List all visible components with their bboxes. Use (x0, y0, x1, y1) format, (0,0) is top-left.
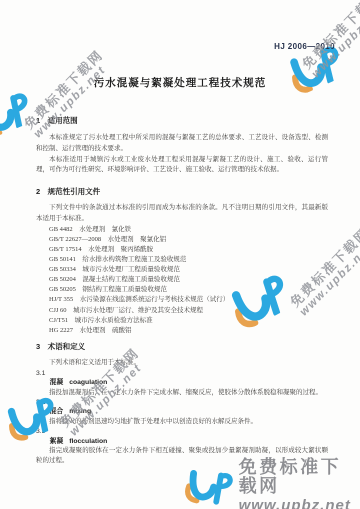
paragraph: 下列术语和定义适用于本标准。 (36, 358, 328, 369)
reference-item: GB/T 17514 水处理剂 聚丙烯酰胺 (49, 245, 328, 255)
paragraph: 下列文件中的条款通过本标准的引用而成为本标准的条款。凡不注明日期的引用文件，其最… (36, 203, 328, 225)
term-block: 3.3 絮凝flocculation 指完成凝聚的胶体在一定水力条件下相互碰撞、… (36, 427, 328, 466)
term-number: 3.3 (36, 427, 328, 437)
reference-item: GB 50205 钢结构工程施工质量验收规范 (49, 285, 328, 295)
term-en: coagulation (69, 379, 107, 386)
term-block: 3.2 混合mixing 指将投入的药剂迅速均匀地扩散于处理水中以创造良好的水解… (36, 398, 328, 427)
term-name: 混凝coagulation (50, 378, 328, 388)
term-definition: 指投加混凝剂后，在一定水力条件下完成水解、缩聚反应，使胶体分散体系脱稳和凝聚的过… (36, 388, 328, 398)
document-page: 免费标准下载网 www.upbz.net 免费标准下载网 www.upbz.ne… (0, 0, 360, 509)
watermark-tile-top-right: 免费标准下载网 www.upbz.net (300, 0, 360, 81)
term-definition: 指完成凝聚的胶体在一定水力条件下相互碰撞、聚集或投加少量絮凝剂助凝，以形成较大絮… (36, 446, 328, 466)
watermark-site-name: 免费标准下载网 (300, 0, 360, 72)
up-logo-icon (181, 465, 234, 507)
term-en: flocculation (69, 438, 107, 445)
doc-number: HJ 2006—2010 (274, 42, 335, 51)
page-number: 1 (314, 462, 318, 470)
up-logo-icon (0, 87, 37, 141)
term-name: 混合mixing (50, 407, 328, 417)
term-zh: 混合 (50, 408, 64, 415)
section-heading-scope: 1 适用范围 (36, 116, 328, 125)
reference-item: GB/T 22627—2008 水处理剂 聚氯化铝 (49, 235, 328, 245)
reference-item: CJ/T51 城市污水水质检验方法标准 (49, 316, 328, 326)
reference-item: GB 50141 给水排水构筑物工程施工及验收规范 (49, 255, 328, 265)
page-title: 污水混凝与絮凝处理工程技术规范 (0, 75, 360, 90)
paragraph: 本标准规定了污水处理工程中所采用的混凝与絮凝工艺的总体要求、工艺设计、设备选型、… (36, 133, 328, 155)
section-heading-references: 2 规范性引用文件 (36, 187, 328, 196)
paragraph: 本标准适用于城镇污水或工业废水处理工程采用混凝与絮凝工艺的设计、施工、验收、运行… (36, 155, 328, 177)
document-body: 1 适用范围 本标准规定了污水处理工程中所采用的混凝与絮凝工艺的总体要求、工艺设… (36, 113, 328, 466)
reference-item: GB 50334 城市污水处理厂工程质量验收规范 (49, 265, 328, 275)
watermark-site-url: www.upbz.net (239, 498, 360, 509)
reference-item: GB 4482 水处理剂 氯化铁 (49, 225, 328, 235)
reference-item: CJJ 60 城市污水处理厂运行、维护及其安全技术规程 (49, 306, 328, 316)
term-zh: 絮凝 (50, 438, 64, 445)
term-number: 3.1 (36, 369, 328, 379)
section-heading-terms: 3 术语和定义 (36, 342, 328, 351)
term-number: 3.2 (36, 398, 328, 408)
term-name: 絮凝flocculation (50, 437, 328, 447)
term-definition: 指将投入的药剂迅速均匀地扩散于处理水中以创造良好的水解反应条件。 (36, 417, 328, 427)
reference-list: GB 4482 水处理剂 氯化铁 GB/T 22627—2008 水处理剂 聚氯… (36, 225, 328, 336)
reference-item: GB 50204 混凝土结构工程施工质量验收规范 (49, 275, 328, 285)
reference-item: HG 2227 水处理剂 硫酸铝 (49, 326, 328, 336)
term-block: 3.1 混凝coagulation 指投加混凝剂后，在一定水力条件下完成水解、缩… (36, 369, 328, 398)
reference-item: HJ/T 355 水污染源在线监测系统运行与考核技术规范（试行） (49, 295, 328, 305)
term-en: mixing (69, 408, 91, 415)
term-zh: 混凝 (50, 379, 64, 386)
watermark-site-url: www.upbz.net (310, 0, 360, 81)
